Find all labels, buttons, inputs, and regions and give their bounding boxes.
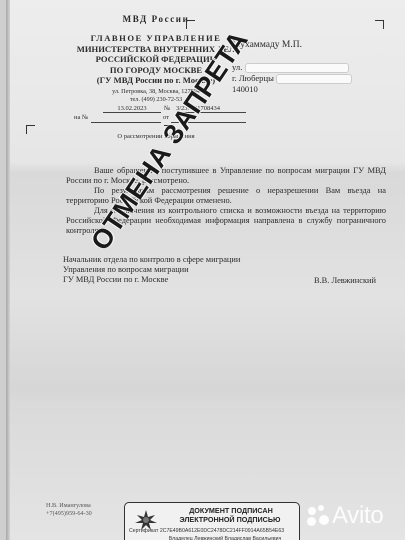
- address-corner-mark: [375, 20, 384, 29]
- body-paragraph: Ваше обращение, поступившее в Управление…: [66, 166, 386, 186]
- subject-corner-mark: [26, 125, 35, 134]
- stamp-subtitle: ЭЛЕКТРОННОЙ ПОДПИСЬЮ: [165, 515, 295, 524]
- postcode: 140010: [232, 84, 352, 95]
- avito-logo-icon: [306, 505, 330, 527]
- position-line: Управления по вопросам миграции: [63, 265, 263, 275]
- stamp-title: ДОКУМЕНТ ПОДПИСАН: [171, 506, 291, 515]
- electronic-signature-stamp: ДОКУМЕНТ ПОДПИСАН ЭЛЕКТРОННОЙ ПОДПИСЬЮ С…: [124, 502, 300, 540]
- signer-name: В.В. Левжинский: [314, 276, 376, 285]
- executor-name: Н.В. Имангулова: [46, 502, 92, 510]
- reference-number-blank: [91, 122, 161, 123]
- stamp-owner: Владелец Левжинский Владислав Васильевич: [155, 536, 295, 540]
- stamp-certificate: Сертификат 2C7E49B0A612E0DC2478DC214FF09…: [129, 528, 297, 534]
- document-page: МВД России ГЛАВНОЕ УПРАВЛЕНИЕ МИНИСТЕРСТ…: [6, 0, 405, 540]
- number-label: №: [164, 105, 170, 112]
- recipient-address: ул. г. Люберцы 140010: [232, 62, 352, 95]
- address-corner-mark: [186, 20, 195, 29]
- reference-line: на № от: [66, 114, 256, 124]
- redacted-city-address: [276, 74, 352, 84]
- redacted-street: [245, 63, 349, 73]
- reference-number-label: на №: [74, 114, 88, 121]
- signatory-position: Начальник отдела по контролю в сфере миг…: [63, 255, 263, 285]
- ministry-short-name: МВД России: [66, 14, 246, 24]
- executor-info: Н.В. Имангулова +7(495)959-64-30: [46, 502, 92, 518]
- document-date: 13.02.2023: [103, 105, 161, 113]
- position-line: ГУ МВД России по г. Москве: [63, 275, 263, 285]
- position-line: Начальник отдела по контролю в сфере миг…: [63, 255, 263, 265]
- city-label: г. Люберцы: [232, 73, 274, 83]
- executor-phone: +7(495)959-64-30: [46, 510, 92, 518]
- agency-phone: тел. (499) 230-72-53: [66, 96, 246, 104]
- avito-wordmark: Avito: [332, 502, 383, 530]
- avito-watermark: Avito: [306, 503, 383, 529]
